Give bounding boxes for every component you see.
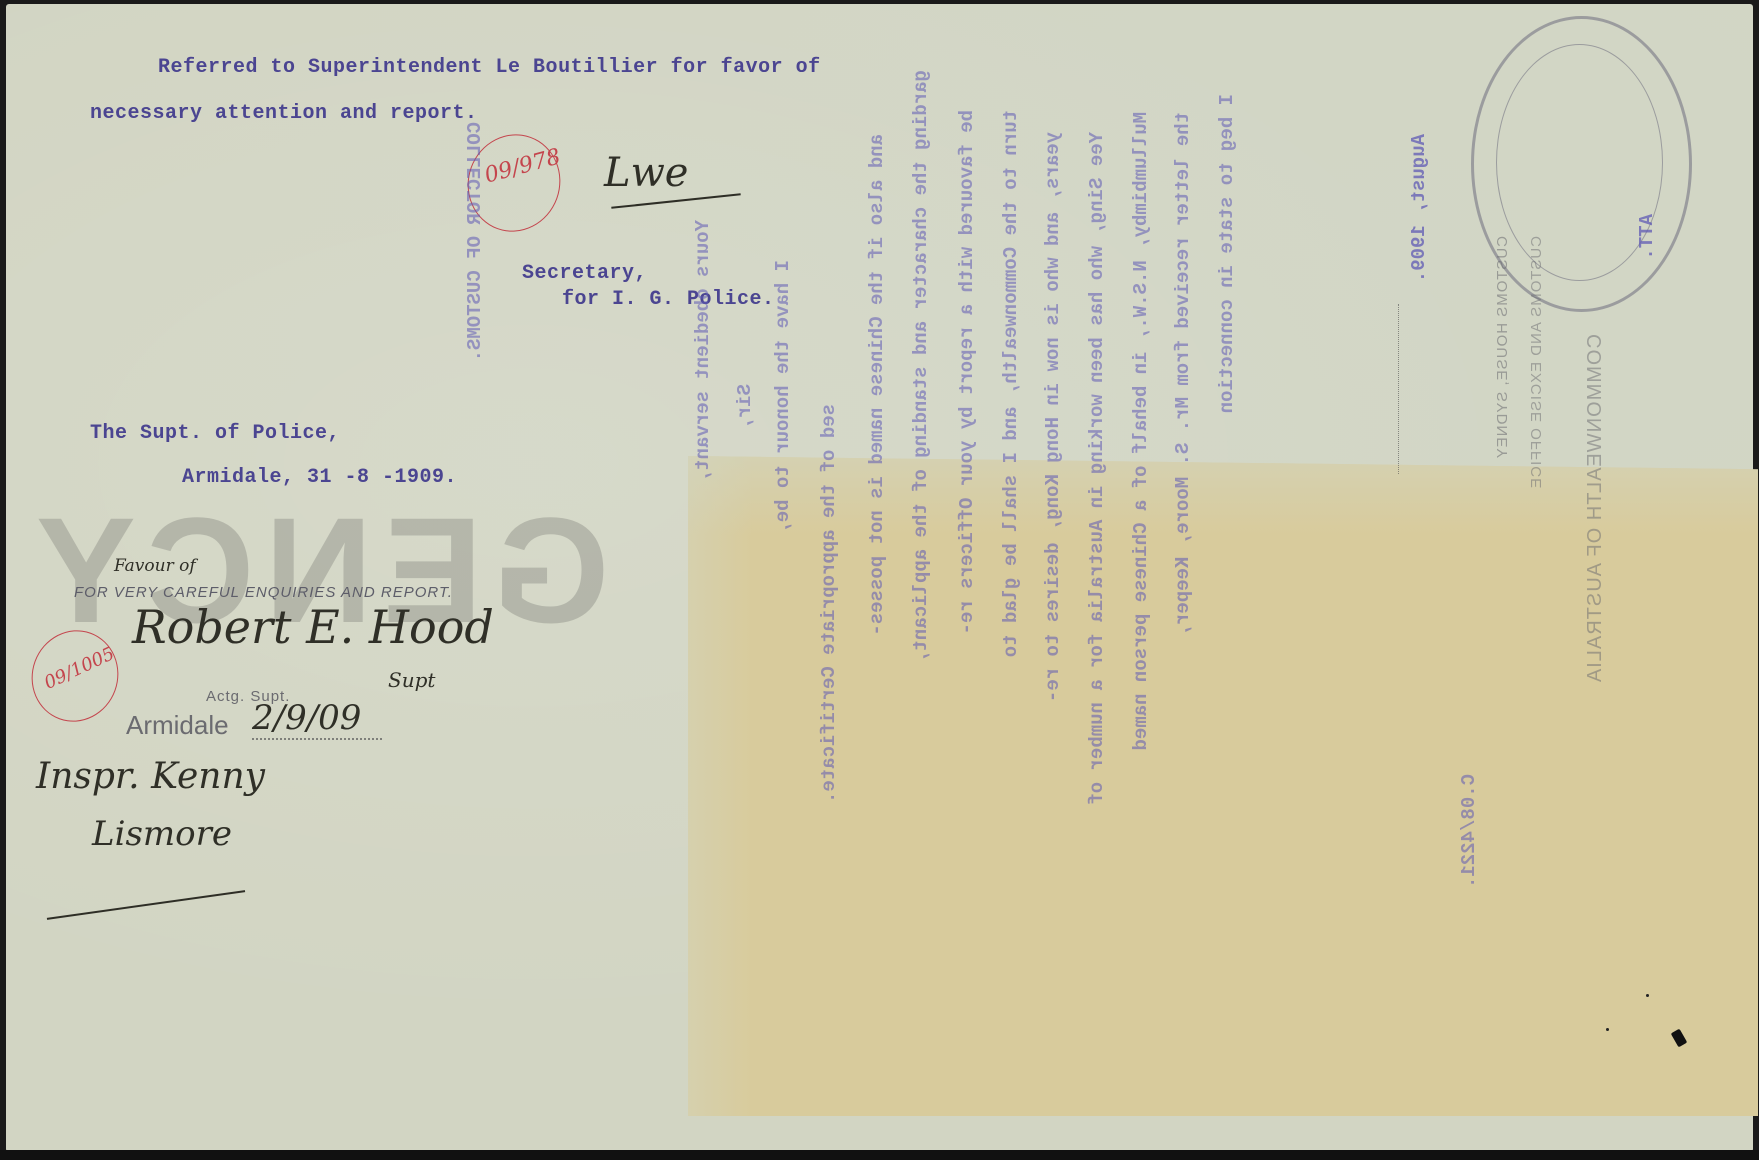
bleed-line-6: turn to the Commonwealth, and I shall be… <box>1000 110 1022 657</box>
bleed-date: August, 1909. <box>1408 134 1430 282</box>
document-page: GENCY Referred to Superintendent Le Bout… <box>6 4 1753 1152</box>
signature-suffix: Supt <box>388 668 435 692</box>
ink-speck <box>1606 1028 1609 1031</box>
stamp-date-line <box>252 738 382 740</box>
stamp-instruction: FOR VERY CAREFUL ENQUIRIES AND REPORT. <box>74 584 453 601</box>
bleed-line-5: years, and who is now in Hong Kong, desi… <box>1042 132 1064 702</box>
signature: Robert E. Hood <box>132 600 494 654</box>
faint-stamp-commonwealth: COMMONWEALTH OF AUSTRALIA <box>1584 334 1607 683</box>
bleed-line-10: sed of the appropriate Certificate. <box>818 404 840 803</box>
handwritten-favour-of: Favour of <box>114 556 196 576</box>
bleed-line-8: garding the character and standing of th… <box>910 70 932 663</box>
stamp-place: Armidale <box>126 710 229 741</box>
bleed-line-1: I beg to state in connection <box>1216 94 1238 413</box>
addressee: The Supt. of Police, <box>90 422 340 445</box>
faint-stamp-customs: CUSTOMS HOUSE, SYDNEY <box>1494 236 1511 459</box>
ink-speck <box>1646 994 1649 997</box>
bleed-line-9: and also if the Chinese named is not pos… <box>866 134 888 636</box>
bleed-line-2: the letter received from Mr. S. Moore, K… <box>1172 112 1194 637</box>
bleed-have-honour: I have the honour to be, <box>772 260 794 534</box>
bleed-sir: Sir, <box>734 384 756 430</box>
place-date: Armidale, 31 -8 -1909. <box>182 466 457 489</box>
bleed-yours-obedient: Yours obedient servant, <box>692 220 714 482</box>
bleed-collector-of-customs: COLLECTOR OF CUSTOMS. <box>464 122 486 361</box>
minute-line-1: Referred to Superintendent Le Boutillier… <box>158 56 821 79</box>
scan-bottom-edge <box>0 1150 1759 1160</box>
bleed-reference: C.08/4221. <box>1458 774 1480 888</box>
inspector-note-line-2: Lismore <box>92 814 232 854</box>
bleed-line-3: Mullumbimby, N.S.W., in behalf of a Chin… <box>1130 112 1152 751</box>
bleed-line-7: be favoured with a report by your Office… <box>956 110 978 635</box>
faint-stamp-excise: CUSTOMS AND EXCISE OFFICE <box>1528 236 1545 489</box>
handwritten-initials: Lwe <box>604 150 688 196</box>
bleed-att: ATT. <box>1636 214 1658 260</box>
handwritten-date: 2/9/09 <box>252 698 361 738</box>
inspector-note-underline <box>47 890 245 920</box>
signer-title: Secretary, <box>522 262 647 285</box>
minute-line-2: necessary attention and report. <box>90 102 478 125</box>
signer-for: for I. G. Police. <box>562 288 775 311</box>
inspector-note-line-1: Inspr. Kenny <box>36 756 265 797</box>
bleed-line-4: Yee Sing, who has been working in Austra… <box>1086 132 1108 805</box>
vertical-guide-line <box>1398 304 1399 474</box>
